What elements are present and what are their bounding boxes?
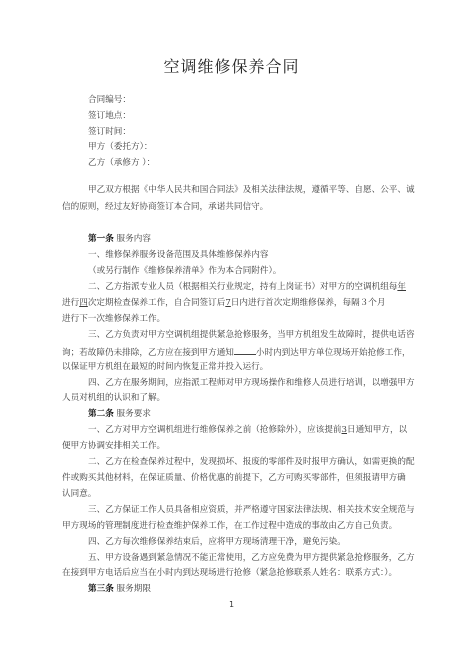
article-3-label: 第三条: [88, 584, 114, 594]
article-2-item-5-line-1: 五、甲方设备遇到紧急情况不能正常使用，乙方应免费为甲方提供紧急抢修服务，乙方: [88, 552, 415, 564]
article-3-heading: 第三条 服务期限: [88, 583, 151, 595]
blank-hours: [234, 345, 256, 355]
article-1-title: 服务内容: [117, 234, 151, 244]
article-2-item-5-line-2: 在接到甲方电话后应当在小时内到达现场进行抢修（紧急抢修联系人姓名：联系方式：）。: [62, 567, 403, 579]
page-number: 1: [0, 600, 463, 609]
article-1-item-1-line-2: （或另行制作《维修保养清单》作为本合同附件）。: [88, 265, 281, 277]
article-1-item-2-line-1: 二、乙方指派专业人员（根据相关行业规定，持有上岗证书）对甲方的空调机组每年: [88, 281, 406, 293]
text-segment: 一、乙方对甲方空调机组进行维修保养之前（抢修除外），应该提前: [88, 425, 342, 435]
article-1-item-2-line-2: 进行四次定期检查保养工作，自合同签订后7日内进行首次定期维修保养，每隔３个月: [62, 297, 403, 309]
article-2-item-2-line-2: 件或购买其他材料，在保证质量、价格优惠的前提下，乙方可购买零部件，但须报请甲方确: [62, 472, 403, 484]
text-segment: 小时内到达甲方单位现场开始抢修工作，: [256, 348, 411, 358]
text-segment: 次定期检查保养工作，自合同签订后: [88, 298, 226, 308]
article-2-item-3-line-1: 三、乙方保证工作人员具备相应资质，并严格遵守国家法律法规、相关技术安全规范与: [88, 504, 415, 516]
article-2-item-1-line-2: 便甲方协调安排相关工作。: [62, 440, 403, 452]
article-1-heading: 第一条 服务内容: [88, 233, 151, 245]
article-1-item-4-line-2: 人员对机组的认识和了解。: [62, 392, 403, 404]
blank-times: 四: [79, 298, 88, 308]
article-1-item-2-line-3: 进行下一次维修保养工作。: [62, 313, 403, 325]
article-3-title: 服务期限: [117, 584, 151, 594]
article-2-title: 服务要求: [117, 409, 151, 419]
article-1-item-1-line-1: 一、维修保养服务设备范围及具体维修保养内容: [88, 249, 268, 261]
document-title: 空调维修保养合同: [0, 54, 463, 77]
article-1-item-3-line-2: 询；若故障仍未排除，乙方应在接到甲方通知小时内到达甲方单位现场开始抢修工作，: [62, 345, 403, 359]
article-2-heading: 第二条 服务要求: [88, 408, 151, 420]
article-2-item-3-line-2: 甲方现场的管理制度进行检查维护保养工作，在工作过程中造成的事故由乙方自己负责。: [62, 520, 403, 532]
blank-period: 年: [397, 282, 406, 292]
article-1-label: 第一条: [88, 234, 114, 244]
document-page: 空调维修保养合同 合同编号： 签订地点： 签订时间： 甲方（委托方）： 乙方（承…: [0, 0, 463, 655]
text-segment: 日通知甲方，以: [347, 425, 407, 435]
text-segment: 二、乙方指派专业人员（根据相关行业规定，持有上岗证书）对甲方的空调机组每: [88, 282, 397, 292]
preamble-line-1: 甲乙双方根据《中华人民共和国合同法》及相关法律法规，遵循平等、自愿、公平、诚: [88, 184, 415, 196]
article-1-item-3-line-3: 以保证甲方机组在最短的时间内恢复正常并投入运行。: [62, 361, 403, 373]
text-segment: 询；若故障仍未排除，乙方应在接到甲方通知: [62, 348, 234, 358]
preamble-line-2: 信的原则，经过友好协商签订本合同，承诺共同信守。: [62, 201, 403, 213]
article-2-label: 第二条: [88, 409, 114, 419]
party-a-field: 甲方（委托方）：: [88, 141, 152, 153]
article-2-item-2-line-3: 认同意。: [62, 488, 403, 500]
text-segment: 进行: [62, 298, 79, 308]
signing-time-field: 签订时间：: [88, 126, 131, 138]
signing-place-field: 签订地点：: [88, 110, 131, 122]
article-2-item-1-line-1: 一、乙方对甲方空调机组进行维修保养之前（抢修除外），应该提前3日通知甲方，以: [88, 424, 407, 436]
article-2-item-4-line-1: 四、乙方每次维修保养结束后，应将甲方现场清理干净，避免污染。: [88, 536, 346, 548]
party-b-field: 乙方（承修方 ）：: [88, 157, 155, 169]
article-1-item-3-line-1: 三、乙方负责对甲方空调机组提供紧急抢修服务，当甲方机组发生故障时，提供电话咨: [88, 329, 415, 341]
contract-number-field: 合同编号：: [88, 94, 131, 106]
article-2-item-2-line-1: 二、乙方在检查保养过程中，发现损坏、报废的零部件及时报甲方确认，如需更换的配: [88, 456, 415, 468]
text-segment: 日内进行首次定期维修保养，每隔３个月: [231, 298, 386, 308]
article-1-item-4-line-1: 四、乙方在服务期间，应指派工程师对甲方现场操作和维修人员进行培训，以增强甲方: [88, 377, 415, 389]
